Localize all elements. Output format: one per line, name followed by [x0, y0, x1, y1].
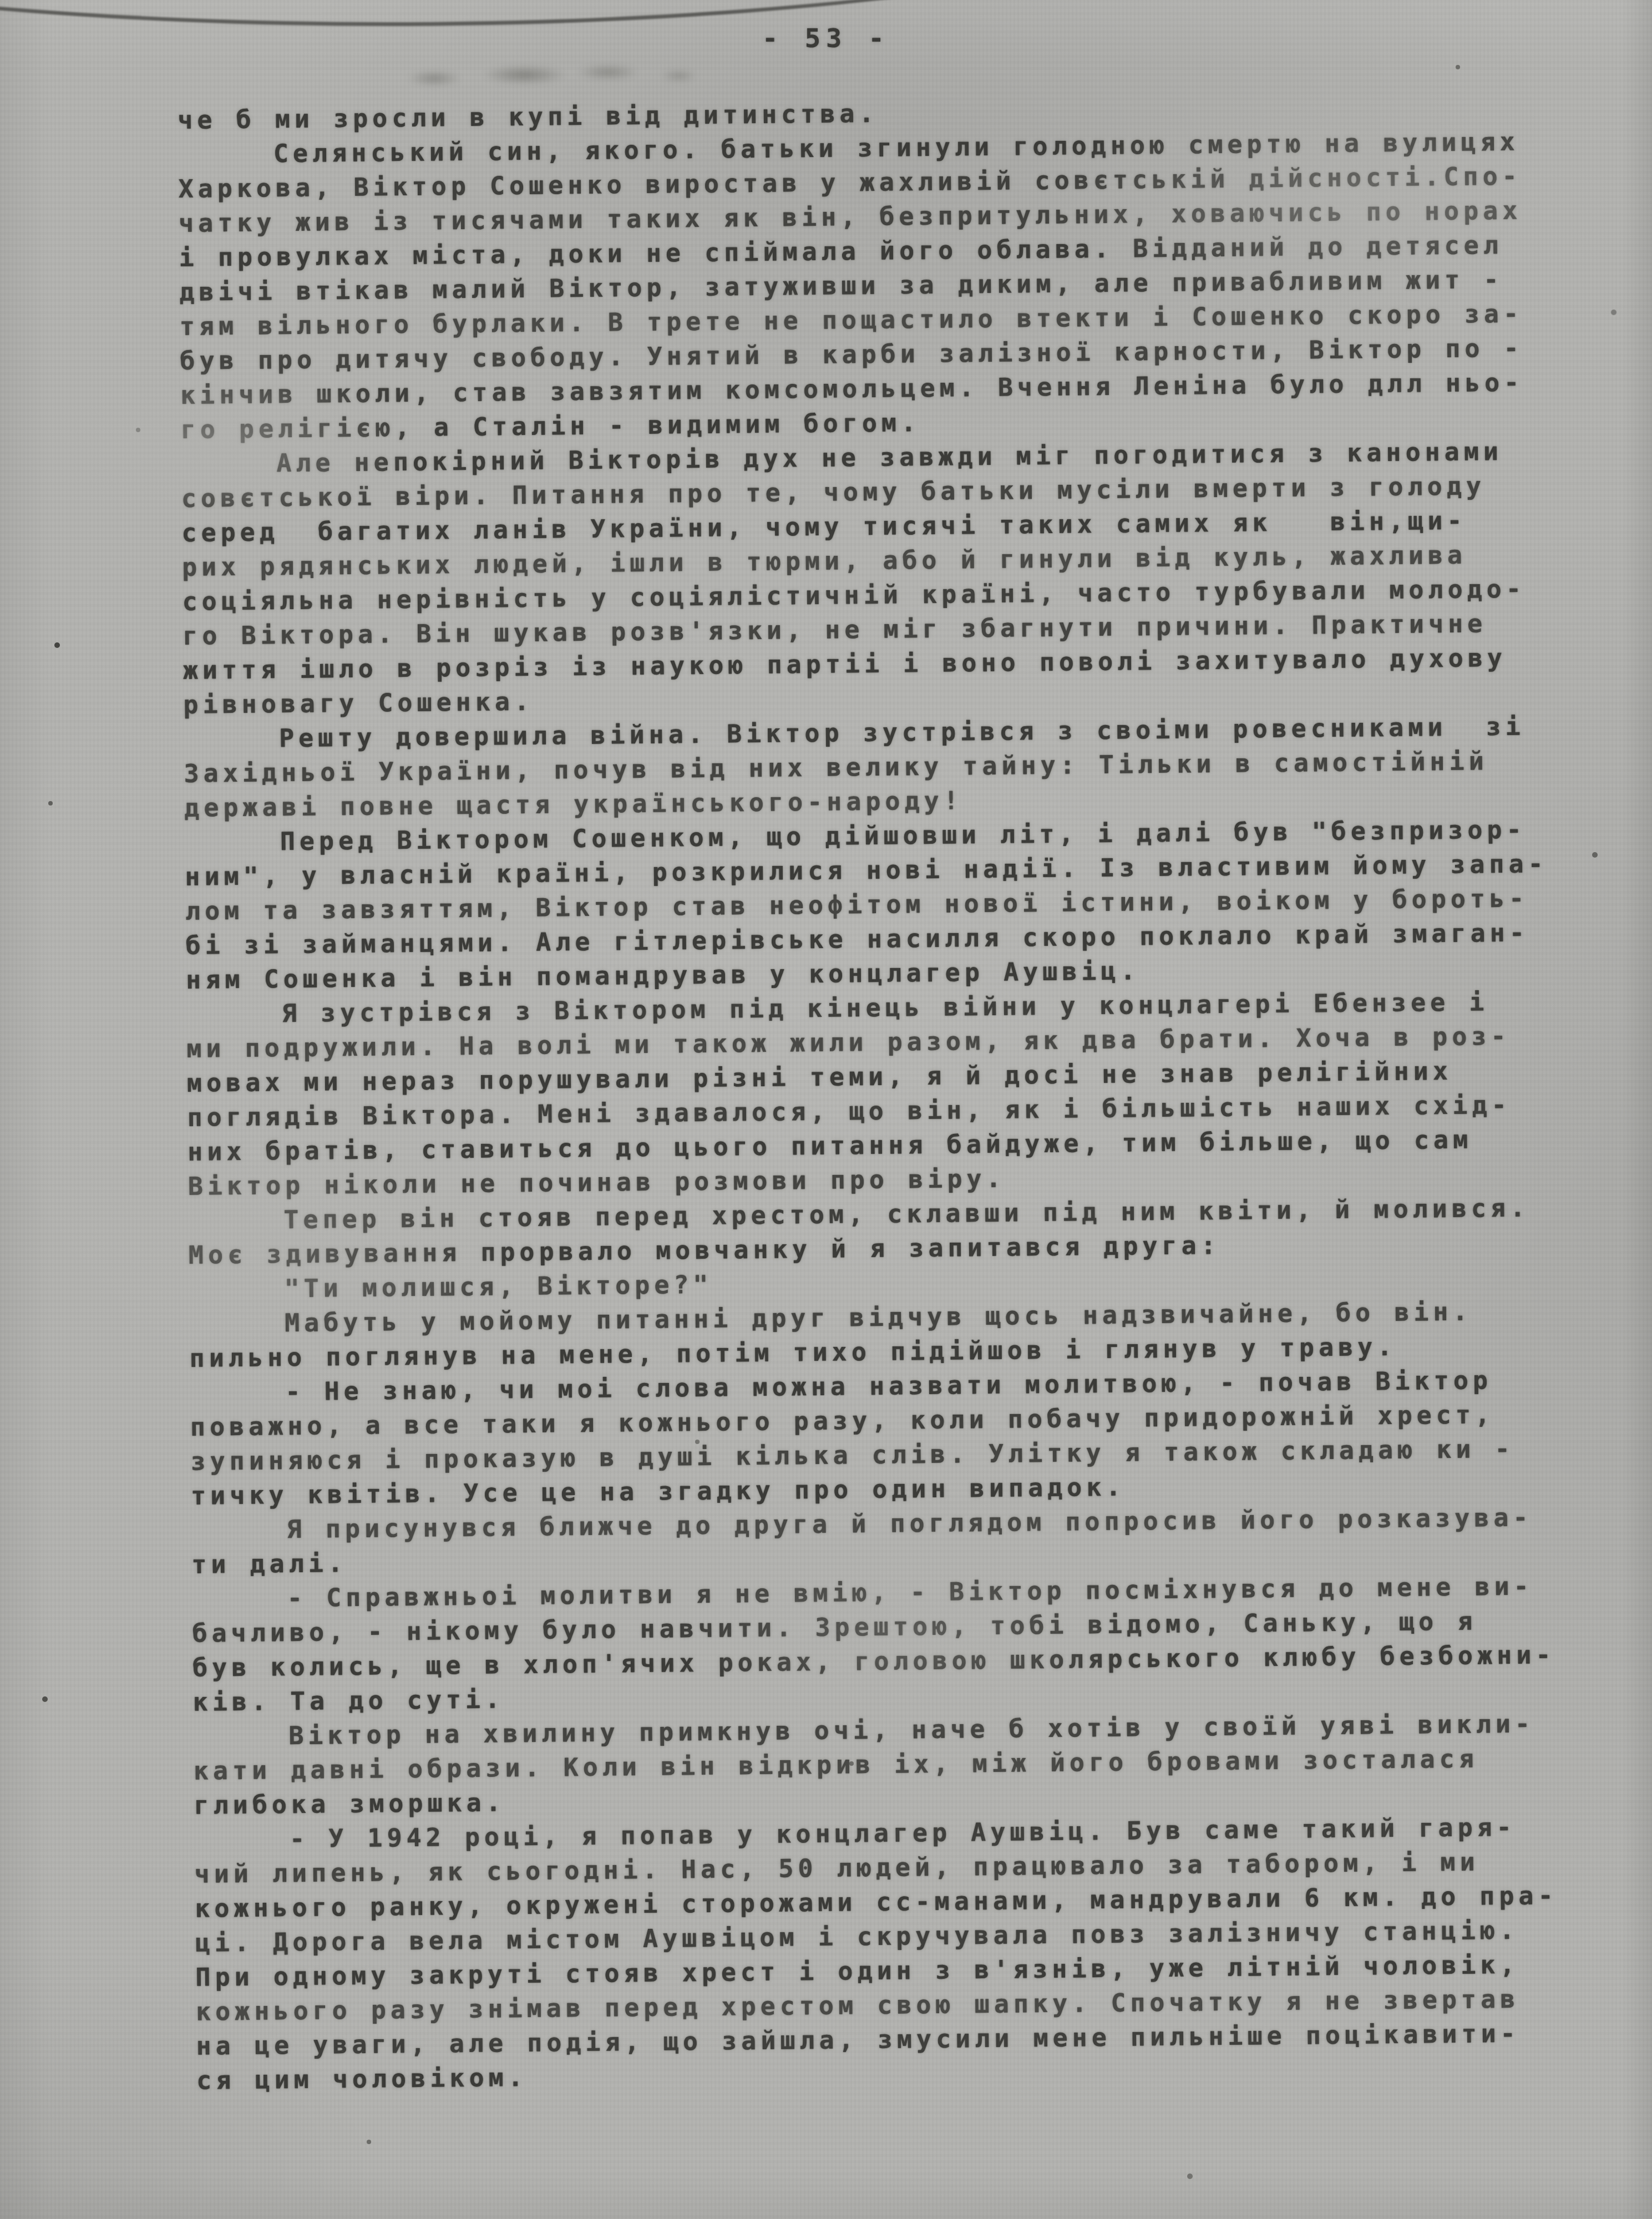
- typewritten-text: че б ми зросли в купі від дитинства.Селя…: [178, 89, 1628, 2098]
- illegible-stamp-smudge: [383, 53, 705, 97]
- page-number: - 53 -: [0, 23, 1652, 54]
- ink-specks: [0, 0, 3, 3]
- scanned-document-page: { "document": { "page_number": "- 53 -",…: [0, 0, 1652, 2219]
